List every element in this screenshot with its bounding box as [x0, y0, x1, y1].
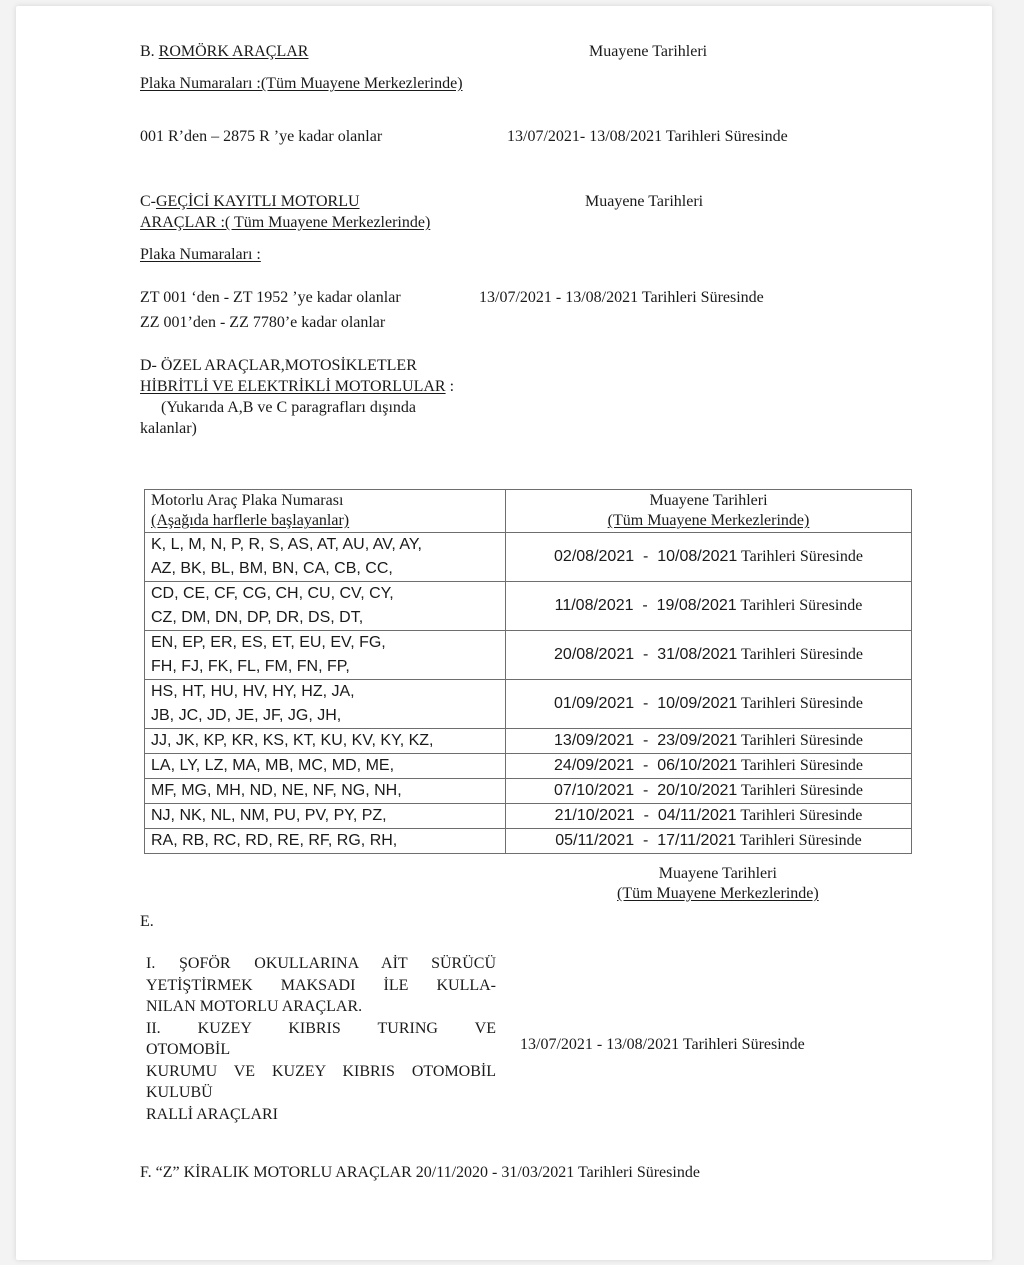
- start-date: 02/08/2021: [554, 548, 634, 565]
- section-c-plates-label: Plaka Numaraları :: [140, 245, 261, 265]
- end-date: 17/11/2021: [657, 832, 736, 849]
- dates-suffix: Tarihleri Süresinde: [741, 695, 863, 712]
- plates-cell: NJ, NK, NL, NM, PU, PV, PY, PZ,: [145, 804, 506, 829]
- end-date: 04/11/2021: [658, 807, 737, 824]
- start-date: 24/09/2021: [554, 757, 634, 774]
- dates-suffix: Tarihleri Süresinde: [740, 807, 862, 824]
- header-dates: Muayene Tarihleri (Tüm Muayene Merkezler…: [506, 490, 912, 533]
- table-row: LA, LY, LZ, MA, MB, MC, MD, ME,24/09/202…: [145, 754, 912, 779]
- dates-cell: 11/08/2021 - 19/08/2021 Tarihleri Süresi…: [506, 582, 912, 631]
- plates-cell: EN, EP, ER, ES, ET, EU, EV, FG,FH, FJ, F…: [145, 631, 506, 680]
- section-e-description: I. ŞOFÖR OKULLARINA AİT SÜRÜCÜ YETİŞTİRM…: [146, 953, 496, 1125]
- dates-cell: 13/09/2021 - 23/09/2021 Tarihleri Süresi…: [506, 729, 912, 754]
- table-row: RA, RB, RC, RD, RE, RF, RG, RH,05/11/202…: [145, 829, 912, 854]
- end-date: 06/10/2021: [657, 757, 737, 774]
- start-date: 05/11/2021: [555, 832, 634, 849]
- plates-cell: LA, LY, LZ, MA, MB, MC, MD, ME,: [145, 754, 506, 779]
- start-date: 21/10/2021: [555, 807, 635, 824]
- section-d-note-line2: kalanlar): [140, 419, 197, 439]
- start-date: 07/10/2021: [554, 782, 634, 799]
- section-d-title-line2: HİBRİTLİ VE ELEKTRİKLİ MOTORLULAR :: [140, 377, 454, 397]
- plates-cell: K, L, M, N, P, R, S, AS, AT, AU, AV, AY,…: [145, 533, 506, 582]
- table-row: CD, CE, CF, CG, CH, CU, CV, CY,CZ, DM, D…: [145, 582, 912, 631]
- section-c-range2: ZZ 001’den - ZZ 7780’e kadar olanlar: [140, 313, 385, 333]
- dates-cell: 21/10/2021 - 04/11/2021 Tarihleri Süresi…: [506, 804, 912, 829]
- dates-suffix: Tarihleri Süresinde: [741, 646, 863, 663]
- plates-cell: JJ, JK, KP, KR, KS, KT, KU, KV, KY, KZ,: [145, 729, 506, 754]
- section-c-title-line1: C-GEÇİCİ KAYITLI MOTORLU: [140, 192, 360, 212]
- table-header-row: Motorlu Araç Plaka Numarası (Aşağıda har…: [145, 490, 912, 533]
- end-date: 10/09/2021: [657, 695, 737, 712]
- section-b-plates-label: Plaka Numaraları :(Tüm Muayene Merkezler…: [140, 74, 463, 94]
- section-e-dates: 13/07/2021 - 13/08/2021 Tarihleri Süresi…: [520, 1035, 805, 1055]
- section-c-prefix: C-: [140, 193, 156, 210]
- dates-suffix: Tarihleri Süresinde: [741, 782, 863, 799]
- section-d-note-line1: (Yukarıda A,B ve C paragrafları dışında: [161, 398, 416, 418]
- table-row: K, L, M, N, P, R, S, AS, AT, AU, AV, AY,…: [145, 533, 912, 582]
- section-b-title: B. ROMÖRK ARAÇLAR: [140, 42, 308, 62]
- plates-cell: MF, MG, MH, ND, NE, NF, NG, NH,: [145, 779, 506, 804]
- table-row: MF, MG, MH, ND, NE, NF, NG, NH,07/10/202…: [145, 779, 912, 804]
- start-date: 13/09/2021: [554, 732, 634, 749]
- dates-suffix: Tarihleri Süresinde: [741, 757, 863, 774]
- header-plates: Motorlu Araç Plaka Numarası (Aşağıda har…: [145, 490, 506, 533]
- end-date: 10/08/2021: [657, 548, 737, 565]
- dates-cell: 07/10/2021 - 20/10/2021 Tarihleri Süresi…: [506, 779, 912, 804]
- dates-cell: 02/08/2021 - 10/08/2021 Tarihleri Süresi…: [506, 533, 912, 582]
- plates-cell: RA, RB, RC, RD, RE, RF, RG, RH,: [145, 829, 506, 854]
- table-row: JJ, JK, KP, KR, KS, KT, KU, KV, KY, KZ,1…: [145, 729, 912, 754]
- dates-cell: 05/11/2021 - 17/11/2021 Tarihleri Süresi…: [506, 829, 912, 854]
- dates-suffix: Tarihleri Süresinde: [741, 548, 863, 565]
- section-d-heading: HİBRİTLİ VE ELEKTRİKLİ MOTORLULAR: [140, 378, 446, 395]
- start-date: 11/08/2021: [555, 597, 634, 614]
- section-e-dates-header: Muayene Tarihleri (Tüm Muayene Merkezler…: [617, 864, 819, 904]
- end-date: 23/09/2021: [657, 732, 737, 749]
- section-e-label: E.: [140, 912, 154, 932]
- section-b-prefix: B.: [140, 43, 155, 60]
- plates-cell: CD, CE, CF, CG, CH, CU, CV, CY,CZ, DM, D…: [145, 582, 506, 631]
- dates-cell: 24/09/2021 - 06/10/2021 Tarihleri Süresi…: [506, 754, 912, 779]
- section-d-title-line1: D- ÖZEL ARAÇLAR,MOTOSİKLETLER: [140, 356, 417, 376]
- plates-cell: HS, HT, HU, HV, HY, HZ, JA,JB, JC, JD, J…: [145, 680, 506, 729]
- table-row: EN, EP, ER, ES, ET, EU, EV, FG,FH, FJ, F…: [145, 631, 912, 680]
- end-date: 20/10/2021: [657, 782, 737, 799]
- document-page: B. ROMÖRK ARAÇLAR Muayene Tarihleri Plak…: [16, 6, 992, 1260]
- dates-suffix: Tarihleri Süresinde: [740, 832, 862, 849]
- section-c-range1: ZT 001 ‘den - ZT 1952 ’ye kadar olanlar: [140, 288, 401, 308]
- section-b-range: 001 R’den – 2875 R ’ye kadar olanlar: [140, 127, 382, 147]
- section-c-title-line2: ARAÇLAR :( Tüm Muayene Merkezlerinde): [140, 213, 430, 233]
- section-b-dates-header: Muayene Tarihleri: [589, 42, 707, 62]
- section-c-heading: GEÇİCİ KAYITLI MOTORLU: [156, 193, 360, 210]
- table-row: NJ, NK, NL, NM, PU, PV, PY, PZ,21/10/202…: [145, 804, 912, 829]
- dates-cell: 01/09/2021 - 10/09/2021 Tarihleri Süresi…: [506, 680, 912, 729]
- dates-suffix: Tarihleri Süresinde: [741, 732, 863, 749]
- end-date: 19/08/2021: [657, 597, 737, 614]
- dates-cell: 20/08/2021 - 31/08/2021 Tarihleri Süresi…: [506, 631, 912, 680]
- table-row: HS, HT, HU, HV, HY, HZ, JA,JB, JC, JD, J…: [145, 680, 912, 729]
- dates-suffix: Tarihleri Süresinde: [740, 597, 862, 614]
- section-c-dates: 13/07/2021 - 13/08/2021 Tarihleri Süresi…: [479, 288, 764, 308]
- section-f-line: F. “Z” KİRALIK MOTORLU ARAÇLAR 20/11/202…: [140, 1163, 700, 1183]
- inspection-schedule-table: Motorlu Araç Plaka Numarası (Aşağıda har…: [144, 489, 912, 854]
- start-date: 01/09/2021: [554, 695, 634, 712]
- start-date: 20/08/2021: [554, 646, 634, 663]
- section-b-heading: ROMÖRK ARAÇLAR: [159, 43, 309, 60]
- section-b-dates: 13/07/2021- 13/08/2021 Tarihleri Süresin…: [507, 127, 788, 147]
- end-date: 31/08/2021: [657, 646, 737, 663]
- section-c-dates-header: Muayene Tarihleri: [585, 192, 703, 212]
